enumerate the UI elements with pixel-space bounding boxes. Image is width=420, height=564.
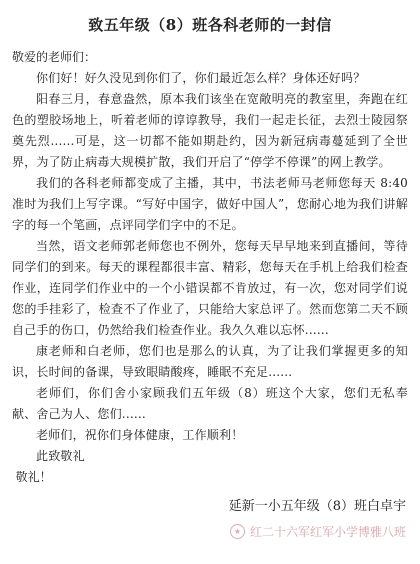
letter-paragraph-kang-bai-teachers: 康老师和白老师，您们也是那么的认真，为了让我们掌握更多的知识，长时间的备课，导致… — [12, 341, 408, 383]
letter-paragraph-chinese-teacher: 当然，语文老师郭老师您也不例外，您每天早早地来到直播间，等待同学们的到来。每天的… — [12, 236, 408, 341]
letter-salutation: 敬爱的老师们： — [12, 47, 408, 68]
watermark: ★ 红二十六军红军小学博雅八班 — [12, 523, 408, 540]
school-emblem-icon: ★ — [230, 524, 245, 539]
letter-closing-salute: 敬礼！ — [12, 467, 408, 488]
letter-title: 致五年级（8）班各科老师的一封信 — [12, 14, 408, 35]
letter-paragraph-wishes: 老师们，祝你们身体健康，工作顺利！ — [12, 425, 408, 446]
watermark-text: 红二十六军红军小学博雅八班 — [250, 523, 406, 540]
letter-paragraph-greeting: 你们好！好久没见到你们了，你们最近怎么样？身体还好吗？ — [12, 68, 408, 89]
letter-paragraph-dedication: 老师们，你们舍小家顾我们五年级（8）班这个大家，您们无私奉献、舍己为人、您们..… — [12, 383, 408, 425]
letter-paragraph-calligraphy-teacher: 我们的各科老师都变成了主播，其中，书法老师马老师您每天 8:40 准时为我们上写… — [12, 173, 408, 236]
letter-paragraph-cizhi: 此致敬礼 — [12, 446, 408, 467]
letter-page: 致五年级（8）班各科老师的一封信 敬爱的老师们： 你们好！好久没见到你们了，你们… — [0, 0, 420, 564]
letter-signature: 延新一小五年级（8）班白卓宇 — [12, 496, 406, 518]
letter-paragraph-spring-covid: 阳春三月，春意盎然，原本我们该坐在宽敞明亮的教室里，奔跑在红色的塑胶场地上，听着… — [12, 89, 408, 173]
